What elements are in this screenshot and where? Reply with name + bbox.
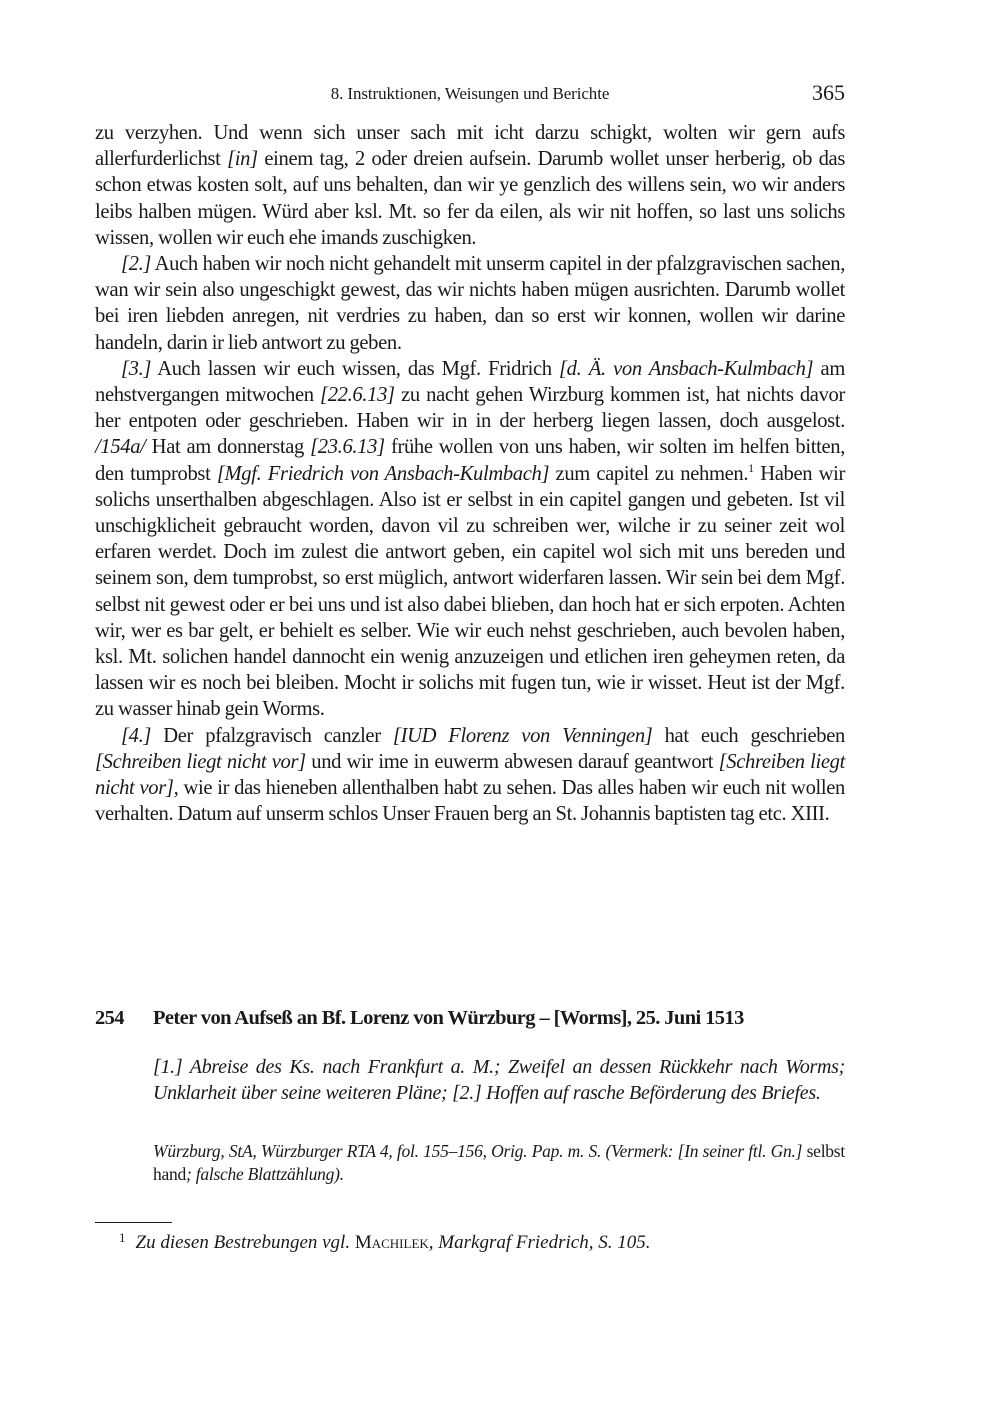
editorial-note: [IUD Florenz von Venningen] [393,725,653,747]
folio-marker: /154a/ [95,436,146,458]
editorial-date: [23.6.13] [310,436,385,458]
text-span: zum capitel zu nehmen. [549,463,748,485]
running-head: 8. Instruktionen, Weisungen und Berichte… [95,80,845,108]
text-span: Auch lassen wir euch wissen, das Mgf. Fr… [151,358,559,380]
editorial-insertion: [in] [227,148,258,170]
editorial-note: [Schreiben liegt nicht vor] [95,751,306,773]
footnote-1: 1Zu diesen Bestrebungen vgl. Machilek, M… [119,1226,839,1255]
footnote-divider [95,1222,172,1223]
text-span: hat euch geschrieben [652,725,845,747]
paragraph-marker: [2.] [121,253,151,275]
document-regest: [1.] Abreise des Ks. nach Frankfurt a. M… [153,1054,845,1106]
source-citation: Würzburg, StA, Würzburger RTA 4, fol. 15… [153,1140,845,1186]
letter-body: zu verzyhen. Und wenn sich unser sach mi… [95,120,845,827]
paragraph-3: [3.] Auch lassen wir euch wissen, das Mg… [95,356,845,723]
page-number: 365 [812,80,845,106]
paragraph-2: [2.] Auch haben wir noch nicht gehandelt… [95,251,845,356]
editorial-note: [Mgf. Friedrich von Ansbach-Kulmbach] [217,463,549,485]
paragraph-marker: [4.] [121,725,151,747]
footnote-text: Zu diesen Bestrebungen vgl. [136,1232,355,1253]
footnote-author: Machilek [355,1232,429,1253]
source-text: Würzburg, StA, Würzburger RTA 4, fol. 15… [153,1141,802,1161]
footnote-mark: 1 [119,1230,126,1245]
document-number: 254 [95,1007,153,1030]
text-span: , wie ir das hieneben allenthalben habt … [95,777,845,825]
text-span: Hat am donnerstag [146,436,311,458]
paragraph-marker: [3.] [121,358,151,380]
text-span: Der pfalzgravisch canzler [151,725,393,747]
text-span: Haben wir solichs unserthalben abgeschla… [95,463,845,721]
text-span: und wir ime in euwerm abwesen darauf gea… [306,751,719,773]
chapter-title: 8. Instruktionen, Weisungen und Berichte [95,84,845,104]
document-heading: 254Peter von Aufseß an Bf. Lorenz von Wü… [95,1007,845,1030]
text-span: Auch haben wir noch nicht gehandelt mit … [95,253,845,354]
paragraph-4: [4.] Der pfalzgravisch canzler [IUD Flor… [95,723,845,828]
document-title: Peter von Aufseß an Bf. Lorenz von Würzb… [153,1007,744,1029]
paragraph-continuation: zu verzyhen. Und wenn sich unser sach mi… [95,120,845,251]
source-text: ; falsche Blattzählung). [186,1164,344,1184]
editorial-note: [d. Ä. von Ansbach-Kulmbach] [559,358,813,380]
footnote-text: , Markgraf Friedrich, S. 105. [429,1232,651,1253]
editorial-date: [22.6.13] [320,384,395,406]
